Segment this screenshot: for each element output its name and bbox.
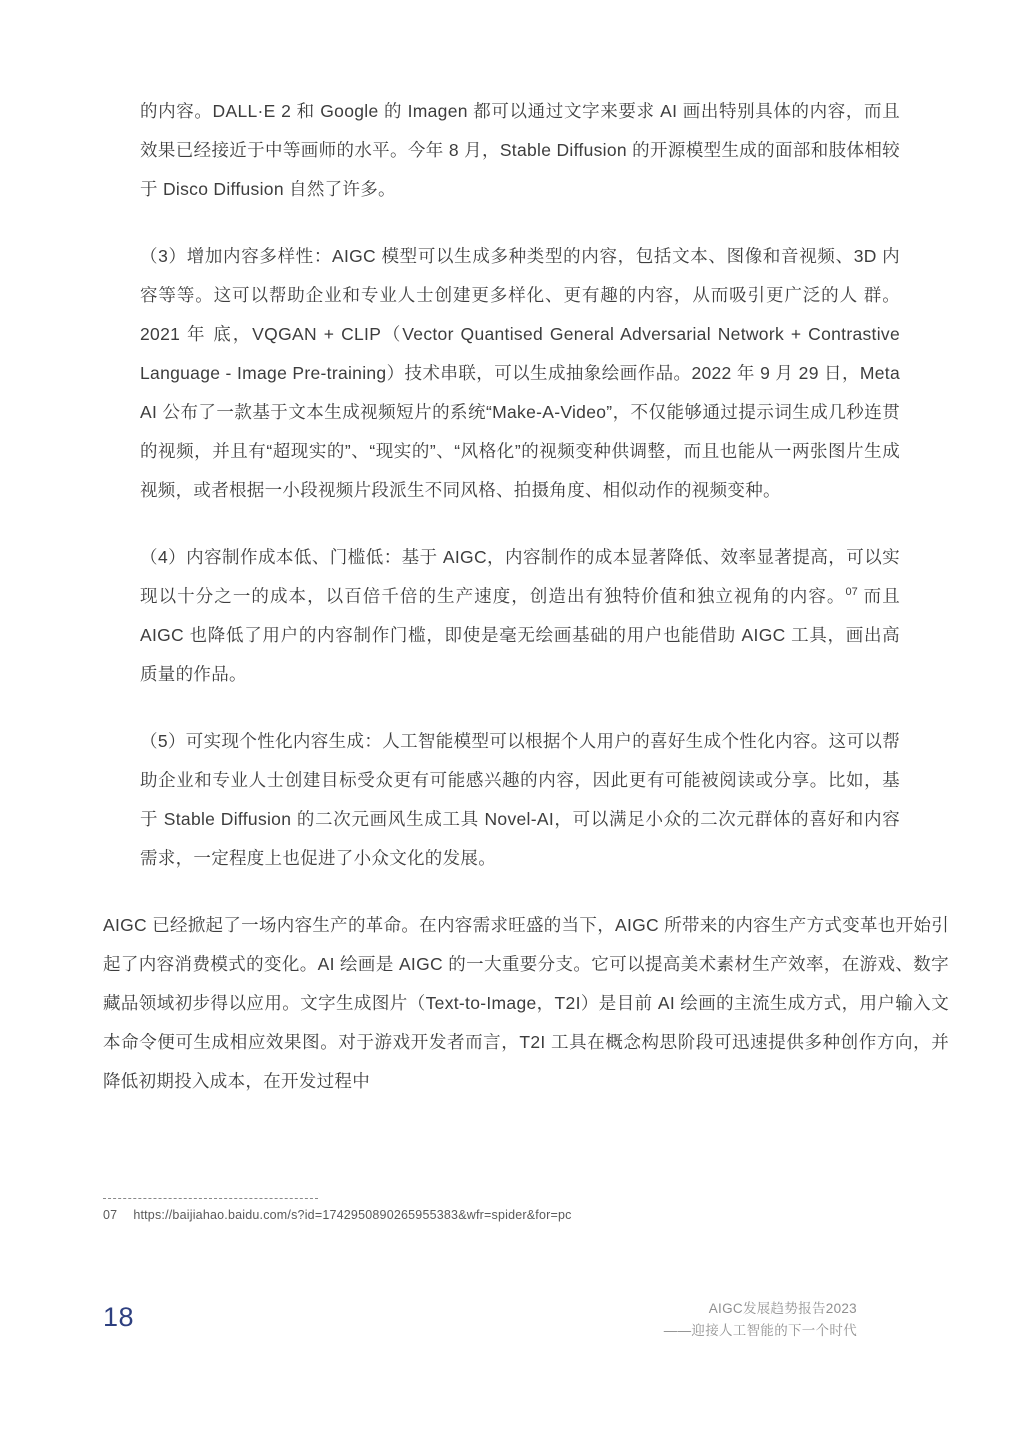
footnote-url: https://baijiahao.baidu.com/s?id=1742950… xyxy=(133,1208,571,1222)
paragraph-3-content-diversity: （3）增加内容多样性：AIGC 模型可以生成多种类型的内容，包括文本、图像和音视… xyxy=(140,237,900,510)
paragraph-4-low-cost: （4）内容制作成本低、门槛低：基于 AIGC，内容制作的成本显著降低、效率显著提… xyxy=(140,538,900,694)
paragraph-5-personalized-content: （5）可实现个性化内容生成：人工智能模型可以根据个人用户的喜好生成个性化内容。这… xyxy=(140,722,900,878)
page-number: 18 xyxy=(103,1302,134,1333)
footnote-marker: 07 xyxy=(103,1208,117,1222)
footer-report-subtitle: ——迎接人工智能的下一个时代 xyxy=(664,1320,857,1342)
footer-report-info: AIGC发展趋势报告2023 ——迎接人工智能的下一个时代 xyxy=(664,1298,857,1342)
paragraph-4-text-before-footnote-ref: （4）内容制作成本低、门槛低：基于 AIGC，内容制作的成本显著降低、效率显著提… xyxy=(140,547,900,606)
footnote-divider xyxy=(103,1198,318,1199)
body-text: 的内容。DALL·E 2 和 Google 的 Imagen 都可以通过文字来要… xyxy=(103,92,949,1129)
footnote-area: 07https://baijiahao.baidu.com/s?id=17429… xyxy=(103,1198,949,1222)
report-page: 的内容。DALL·E 2 和 Google 的 Imagen 都可以通过文字来要… xyxy=(0,0,1029,1440)
footnote-entry: 07https://baijiahao.baidu.com/s?id=17429… xyxy=(103,1208,949,1222)
paragraph-dalle-imagen: 的内容。DALL·E 2 和 Google 的 Imagen 都可以通过文字来要… xyxy=(140,92,900,209)
footnote-reference-07: 07 xyxy=(845,586,857,598)
paragraph-aigc-revolution: AIGC 已经掀起了一场内容生产的革命。在内容需求旺盛的当下，AIGC 所带来的… xyxy=(103,906,949,1101)
footer-report-title: AIGC发展趋势报告2023 xyxy=(664,1298,857,1320)
